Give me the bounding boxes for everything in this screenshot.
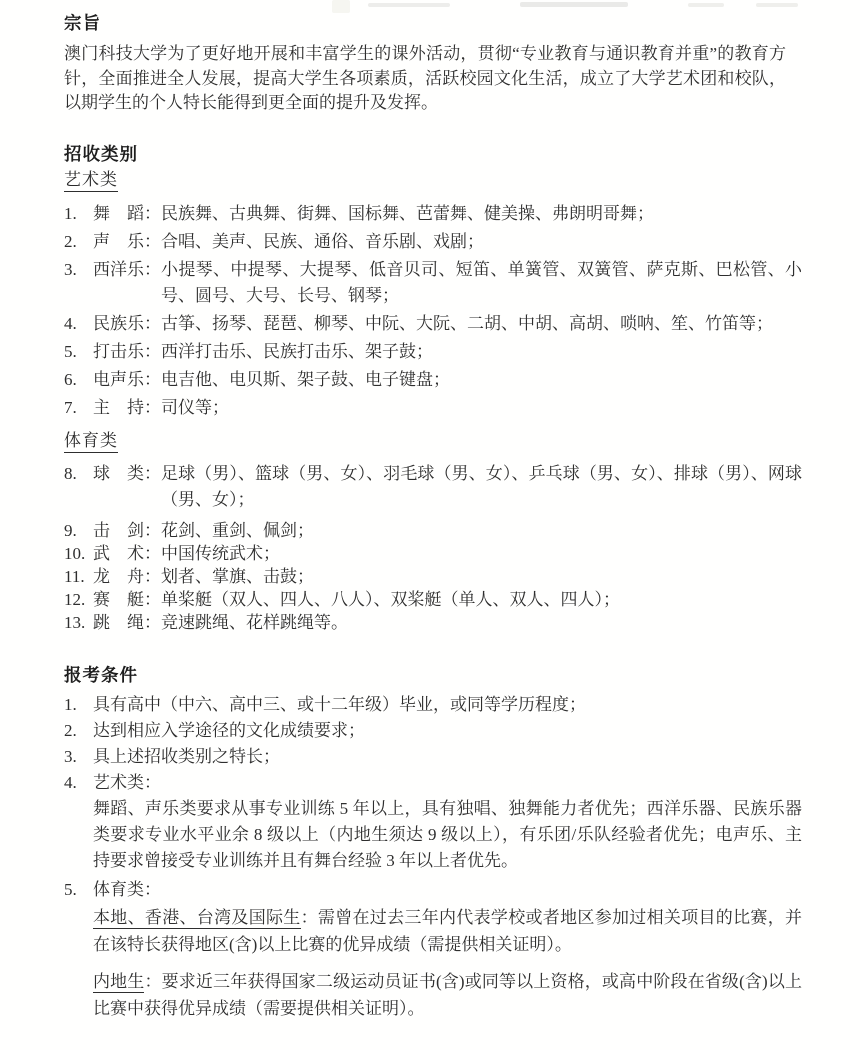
item-description: 电吉他、电贝斯、架子鼓、电子键盘； [161,367,802,393]
mainland-students-text: ：要求近三年获得国家二级运动员证书(含)或同等以上资格，或高中阶段在省级(含)以… [93,972,802,1019]
item-category: 舞 蹈： [93,201,161,227]
list-item-wushu: 10. 武 术： 中国传统武术； [64,543,802,565]
item-description: 古筝、扬琴、琵琶、柳琴、中阮、大阮、二胡、中胡、高胡、唢呐、笙、竹笛等； [161,311,802,337]
item-number: 10. [64,543,93,565]
item-description: 竞速跳绳、花样跳绳等。 [161,612,802,634]
item-description: 足球（男）、篮球（男、女）、羽毛球（男、女）、乒乓球（男、女）、排球（男）、网球… [161,461,802,513]
list-item-percussion: 5. 打击乐： 西洋打击乐、民族打击乐、架子鼓； [64,339,802,365]
list-item-fencing: 9. 击 剑： 花剑、重剑、佩剑； [64,520,802,542]
requirement-text: 具上述招收类别之特长； [93,744,802,769]
item-description: 中国传统武术； [161,543,802,565]
list-item-rowing: 12. 赛 艇： 单桨艇（双人、四人、八人）、双桨艇（单人、双人、四人）； [64,589,802,611]
item-number: 13. [64,612,93,634]
list-item-electronic-music: 6. 电声乐： 电吉他、电贝斯、架子鼓、电子键盘； [64,367,802,393]
item-category: 打击乐： [93,339,161,365]
list-item-western-music: 3. 西洋乐： 小提琴、中提琴、大提琴、低音贝司、短笛、单簧管、双簧管、萨克斯、… [64,257,802,309]
item-number: 4. [64,311,93,337]
item-category: 电声乐： [93,367,161,393]
item-number: 12. [64,589,93,611]
item-number: 2. [64,229,93,255]
list-item-vocal: 2. 声 乐： 合唱、美声、民族、通俗、音乐剧、戏剧； [64,229,802,255]
list-item-ball-games: 8. 球 类： 足球（男）、篮球（男、女）、羽毛球（男、女）、乒乓球（男、女）、… [64,461,802,513]
item-category: 声 乐： [93,229,161,255]
item-number: 6. [64,367,93,393]
item-description: 小提琴、中提琴、大提琴、低音贝司、短笛、单簧管、双簧管、萨克斯、巴松管、小号、圆… [161,257,802,309]
sports-items-list: 8. 球 类： 足球（男）、篮球（男、女）、羽毛球（男、女）、乒乓球（男、女）、… [64,461,802,634]
item-category: 龙 舟： [93,566,161,588]
item-number: 2. [64,718,93,743]
requirement-item-sports: 5. 体育类： [64,877,802,902]
requirements-heading: 报考条件 [64,664,802,687]
item-category: 民族乐： [93,311,161,337]
art-subheading: 艺术类 [64,169,118,192]
item-description: 合唱、美声、民族、通俗、音乐剧、戏剧； [161,229,802,255]
mainland-students-lead: 内地生 [93,972,144,993]
item-number: 7. [64,395,93,421]
cropped-text-remnant [0,0,860,10]
item-number: 1. [64,201,93,227]
item-number: 4. [64,770,93,795]
item-category: 跳 绳： [93,612,161,634]
art-requirement-detail: 舞蹈、声乐类要求从事专业训练 5 年以上，具有独唱、独舞能力者优先；西洋乐器、民… [93,796,802,874]
list-item-dragon-boat: 11. 龙 舟： 划者、掌旗、击鼓； [64,566,802,588]
list-item-dance: 1. 舞 蹈： 民族舞、古典舞、街舞、国标舞、芭蕾舞、健美操、弗朗明哥舞； [64,201,802,227]
item-description: 西洋打击乐、民族打击乐、架子鼓； [161,339,802,365]
item-category: 击 剑： [93,520,161,542]
item-number: 5. [64,339,93,365]
item-category: 主 持： [93,395,161,421]
item-description: 花剑、重剑、佩剑； [161,520,802,542]
recruitment-heading: 招收类别 [64,143,802,166]
art-items-list: 1. 舞 蹈： 民族舞、古典舞、街舞、国标舞、芭蕾舞、健美操、弗朗明哥舞； 2.… [64,201,802,421]
requirement-item: 2. 达到相应入学途径的文化成绩要求； [64,718,802,743]
item-category: 球 类： [93,461,161,487]
list-item-rope-skipping: 13. 跳 绳： 竞速跳绳、花样跳绳等。 [64,612,802,634]
item-category: 武 术： [93,543,161,565]
item-number: 5. [64,877,93,902]
requirement-text: 艺术类： [93,770,802,795]
art-subheading-row: 艺术类 [64,169,802,192]
sports-subheading-row: 体育类 [64,430,802,453]
list-item-folk-music: 4. 民族乐： 古筝、扬琴、琵琶、柳琴、中阮、大阮、二胡、中胡、高胡、唢呐、笙、… [64,311,802,337]
item-description: 民族舞、古典舞、街舞、国标舞、芭蕾舞、健美操、弗朗明哥舞； [161,201,802,227]
item-number: 11. [64,566,93,588]
requirement-item-art: 4. 艺术类： [64,770,802,795]
item-description: 司仪等； [161,395,802,421]
item-number: 9. [64,520,93,542]
item-number: 3. [64,257,93,283]
requirements-section: 报考条件 1. 具有高中（中六、高中三、或十二年级）毕业，或同等学历程度； 2.… [64,664,802,1023]
item-description: 单桨艇（双人、四人、八人）、双桨艇（单人、双人、四人）； [161,589,802,611]
local-students-requirement: 本地、香港、台湾及国际生：需曾在过去三年内代表学校或者地区参加过相关项目的比赛，… [93,904,802,959]
purpose-paragraph: 澳门科技大学为了更好地开展和丰富学生的课外活动，贯彻“专业教育与通识教育并重”的… [64,42,802,116]
requirement-text: 具有高中（中六、高中三、或十二年级）毕业，或同等学历程度； [93,692,802,717]
item-description: 划者、掌旗、击鼓； [161,566,802,588]
item-category: 赛 艇： [93,589,161,611]
sports-subheading: 体育类 [64,430,118,453]
item-number: 3. [64,744,93,769]
document-page: 宗旨 澳门科技大学为了更好地开展和丰富学生的课外活动，贯彻“专业教育与通识教育并… [0,0,860,1050]
local-students-lead: 本地、香港、台湾及国际生 [93,908,301,929]
list-item-host: 7. 主 持： 司仪等； [64,395,802,421]
requirement-text: 体育类： [93,877,802,902]
item-category: 西洋乐： [93,257,161,283]
item-number: 8. [64,461,93,487]
requirement-item: 1. 具有高中（中六、高中三、或十二年级）毕业，或同等学历程度； [64,692,802,717]
requirement-item: 3. 具上述招收类别之特长； [64,744,802,769]
mainland-students-requirement: 内地生：要求近三年获得国家二级运动员证书(含)或同等以上资格，或高中阶段在省级(… [93,968,802,1023]
item-number: 1. [64,692,93,717]
requirement-text: 达到相应入学途径的文化成绩要求； [93,718,802,743]
purpose-heading: 宗旨 [64,12,802,35]
